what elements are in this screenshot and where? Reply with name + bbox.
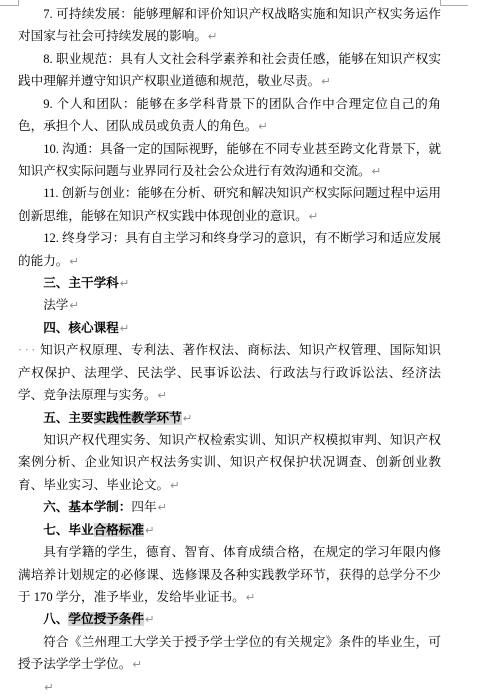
- body-paragraph[interactable]: 具有学籍的学生，德育、智育、体育成绩合格，在规定的学习年限内修满培养计划规定的必…: [18, 541, 441, 608]
- paragraph-mark-icon: ↵: [169, 478, 180, 492]
- text-segment: 五、主要: [43, 411, 93, 425]
- body-paragraph[interactable]: 11. 创新与创业：能够在分析、研究和解决知识产权实际问题过程中运用创新思维，能…: [18, 182, 441, 227]
- body-paragraph[interactable]: 法学↵: [18, 294, 441, 316]
- body-paragraph[interactable]: 9. 个人和团队：能够在多学科背景下的团队合作中合理定位自己的角色，承担个人、团…: [18, 93, 441, 138]
- text-segment: 法学: [43, 298, 68, 312]
- section-heading[interactable]: 六、基本学制：四年↵: [18, 496, 441, 518]
- section-heading[interactable]: 四、核心课程↵: [18, 317, 441, 339]
- text-segment: 12. 终身学习：具有自主学习和终身学习的意识，有不断学习和适应发展的能力。: [18, 231, 441, 267]
- section-heading[interactable]: 八、学位授予条件↵: [18, 608, 441, 630]
- section-heading[interactable]: 七、毕业合格标准↵: [18, 519, 441, 541]
- body-paragraph[interactable]: ↵: [18, 676, 441, 695]
- paragraph-mark-icon: ↵: [207, 29, 218, 43]
- text-segment: 知识产权原理、专利法、著作权法、商标法、知识产权管理、国际知识产权保护、法理学、…: [18, 343, 441, 402]
- body-paragraph[interactable]: 7. 可持续发展：能够理解和评价知识产权战略实施和知识产权实务运作对国家与社会可…: [18, 3, 441, 48]
- body-paragraph[interactable]: ···知识产权原理、专利法、著作权法、商标法、知识产权管理、国际知识产权保护、法…: [18, 339, 441, 406]
- paragraph-mark-icon: ↵: [257, 119, 268, 133]
- text-segment: 四、核心课程: [43, 321, 119, 335]
- text-segment: 符合《兰州理工大学关于授予学士学位的有关规定》条件的毕业生，可授予法学学士学位。: [18, 635, 441, 671]
- paragraph-mark-icon: ↵: [245, 590, 256, 604]
- text-segment: 9. 个人和团队：能够在多学科背景下的团队合作中合理定位自己的角色，承担个人、团…: [18, 97, 441, 133]
- paragraph-mark-icon: ↵: [157, 388, 168, 402]
- text-segment: 学位授予条件: [68, 612, 144, 626]
- paragraph-mark-icon: ↵: [320, 74, 331, 88]
- text-segment: 六、基本学制：: [43, 500, 131, 514]
- paragraph-mark-icon: ↵: [68, 298, 79, 312]
- paragraph-mark-icon: ↵: [144, 612, 155, 626]
- paragraph-mark-icon: ↵: [119, 276, 130, 290]
- paragraph-mark-icon: ↵: [119, 321, 130, 335]
- text-segment: 实践性教学环节: [94, 411, 182, 425]
- body-paragraph[interactable]: 符合《兰州理工大学关于授予学士学位的有关规定》条件的毕业生，可授予法学学士学位。…: [18, 631, 441, 676]
- section-heading[interactable]: 五、主要实践性教学环节↵: [18, 407, 441, 429]
- text-segment: 8. 职业规范：具有人文社会科学素养和社会责任感，能够在知识产权实践中理解并遵守…: [18, 52, 441, 88]
- text-segment: 11. 创新与创业：能够在分析、研究和解决知识产权实际问题过程中运用创新思维，能…: [18, 186, 441, 222]
- text-segment: 七、毕业: [43, 523, 93, 537]
- paragraph-mark-icon: ↵: [131, 657, 142, 671]
- space-marks-icon: ···: [18, 343, 40, 357]
- paragraph-mark-icon: ↵: [157, 500, 168, 514]
- text-segment: 三、主干学科: [43, 276, 119, 290]
- text-segment: 具有学籍的学生，德育、智育、体育成绩合格，在规定的学习年限内修满培养计划规定的必…: [18, 545, 441, 604]
- paragraph-mark-icon: ↵: [43, 680, 54, 694]
- body-paragraph[interactable]: 12. 终身学习：具有自主学习和终身学习的意识，有不断学习和适应发展的能力。↵: [18, 227, 441, 272]
- body-paragraph[interactable]: 8. 职业规范：具有人文社会科学素养和社会责任感，能够在知识产权实践中理解并遵守…: [18, 48, 441, 93]
- document-page[interactable]: 7. 可持续发展：能够理解和评价知识产权战略实施和知识产权实务运作对国家与社会可…: [0, 0, 480, 695]
- text-segment: 合格标准: [94, 523, 144, 537]
- body-paragraph[interactable]: 知识产权代理实务、知识产权检索实训、知识产权模拟审判、知识产权案例分析、企业知识…: [18, 429, 441, 496]
- document-text-area[interactable]: 7. 可持续发展：能够理解和评价知识产权战略实施和知识产权实务运作对国家与社会可…: [18, 3, 441, 695]
- paragraph-mark-icon: ↵: [371, 164, 382, 178]
- text-segment: 知识产权代理实务、知识产权检索实训、知识产权模拟审判、知识产权案例分析、企业知识…: [18, 433, 441, 492]
- text-segment: 四年: [131, 500, 156, 514]
- text-segment: 7. 可持续发展：能够理解和评价知识产权战略实施和知识产权实务运作对国家与社会可…: [18, 7, 441, 43]
- paragraph-mark-icon: ↵: [68, 254, 79, 268]
- crop-mark-top-left-horizontal: [0, 5, 18, 6]
- paragraph-mark-icon: ↵: [182, 411, 193, 425]
- crop-mark-top-right-horizontal: [440, 5, 468, 6]
- body-paragraph[interactable]: 10. 沟通：具备一定的国际视野，能够在不同专业甚至跨文化背景下，就知识产权实际…: [18, 138, 441, 183]
- paragraph-mark-icon: ↵: [308, 209, 319, 223]
- section-heading[interactable]: 三、主干学科↵: [18, 272, 441, 294]
- text-segment: 八、: [43, 612, 68, 626]
- paragraph-mark-icon: ↵: [144, 523, 155, 537]
